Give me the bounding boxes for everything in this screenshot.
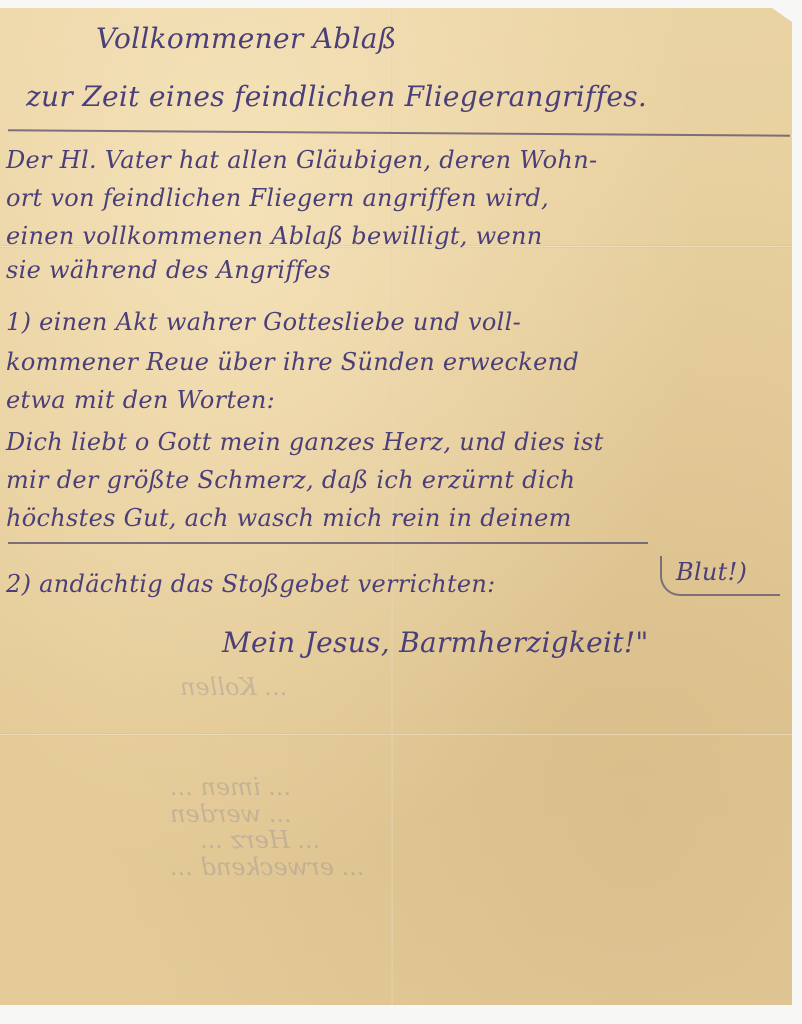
bleed-through-text: ... Herz ... — [200, 826, 320, 854]
title-underline — [8, 129, 790, 136]
closing-prayer: Mein Jesus, Barmherzigkeit!" — [222, 626, 649, 659]
body-line: Blut!) — [676, 558, 747, 586]
body-line: 2) andächtig das Stoßgebet verrichten: — [6, 570, 496, 598]
body-line: mir der größte Schmerz, daß ich erzürnt … — [6, 466, 575, 494]
bleed-through-text: ... erweckend ... — [170, 853, 364, 881]
title-line-1: Vollkommener Ablaß — [96, 22, 397, 55]
body-line: kommener Reue über ihre Sünden erweckend — [6, 348, 579, 376]
body-line: etwa mit den Worten: — [6, 386, 275, 414]
body-line: Der Hl. Vater hat allen Gläubigen, deren… — [6, 146, 597, 174]
bleed-through-text: ... imen ... — [170, 773, 291, 801]
body-line: ort von feindlichen Fliegern angriffen w… — [6, 184, 549, 212]
body-line: einen vollkommenen Ablaß bewilligt, wenn — [6, 222, 543, 250]
bleed-through-text: ... werden — [170, 800, 292, 828]
horizontal-fold-lower — [0, 733, 792, 736]
title-line-2: zur Zeit eines feindlichen Fliegerangrif… — [26, 80, 647, 113]
body-line: Dich liebt o Gott mein ganzes Herz, und … — [6, 428, 604, 456]
body-line: sie während des Angriffes — [6, 256, 331, 284]
bleed-through-text: ... Kollen — [180, 673, 287, 701]
body-line: höchstes Gut, ach wasch mich rein in dei… — [6, 504, 572, 532]
prayer-underline — [8, 542, 648, 544]
paper-sheet: ... Kollen ... imen ... ... werden ... H… — [0, 8, 792, 1005]
body-line: 1) einen Akt wahrer Gottesliebe und voll… — [6, 308, 521, 336]
